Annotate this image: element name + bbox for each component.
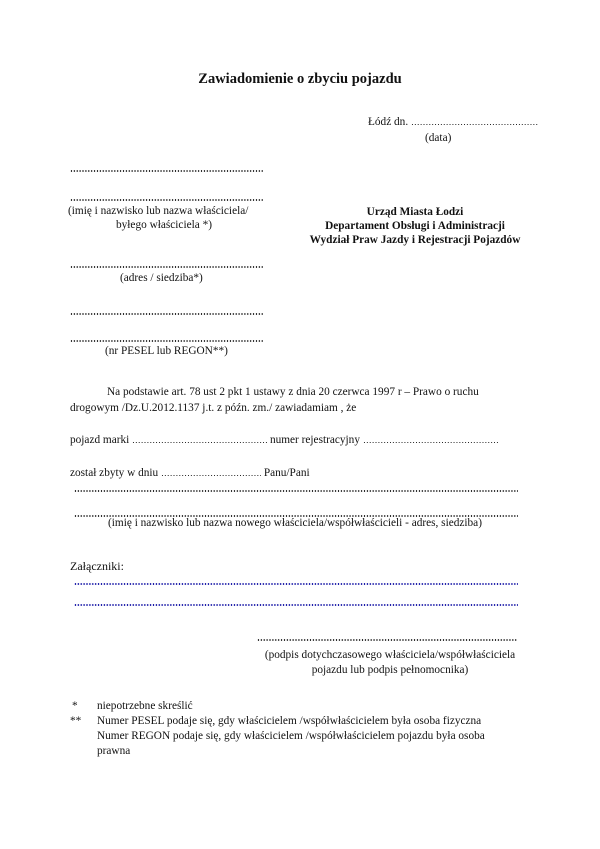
recipient-line-2: Departament Obsługi i Administracji <box>290 220 540 233</box>
owner-id-caption: (nr PESEL lub REGON**) <box>105 345 228 358</box>
new-owner-line-1[interactable] <box>74 490 518 492</box>
recipient-line-1: Urząd Miasta Łodzi <box>290 206 540 219</box>
place-date-prefix: Łódź dn. <box>368 116 408 128</box>
vehicle-make-label: pojazd marki <box>70 434 129 446</box>
vehicle-row: pojazd marki numer rejestracyjny <box>70 434 499 447</box>
sold-date-input-line[interactable] <box>161 475 261 476</box>
owner-id-line-2[interactable] <box>70 340 263 342</box>
footnote-2-line-2: Numer REGON podaje się, gdy właścicielem… <box>97 730 485 743</box>
sold-row: został zbyty w dniu Panu/Pani <box>70 467 310 480</box>
registration-input-line[interactable] <box>363 442 499 443</box>
footnote-2-mark: ** <box>70 715 81 728</box>
owner-name-caption-1: (imię i nazwisko lub nazwa właściciela/ <box>68 205 248 218</box>
buyer-label: Panu/Pani <box>264 467 310 479</box>
body-paragraph-line-2: drogowym /Dz.U.2012.1137 j.t. z późn. zm… <box>70 402 356 415</box>
registration-label: numer rejestracyjny <box>270 434 360 446</box>
owner-address-line[interactable] <box>70 266 263 268</box>
footnote-2-line-1: Numer PESEL podaje się, gdy właścicielem… <box>97 715 481 728</box>
document-title: Zawiadomienie o zbyciu pojazdu <box>0 71 600 88</box>
footnote-2-line-3: prawna <box>97 745 130 758</box>
signature-line[interactable] <box>257 639 517 641</box>
owner-address-caption: (adres / siedziba*) <box>120 272 203 285</box>
footnote-1-text: niepotrzebne skreślić <box>97 700 193 713</box>
vehicle-make-input-line[interactable] <box>132 442 267 443</box>
date-caption: (data) <box>425 132 451 145</box>
attachment-line-2[interactable] <box>74 604 518 606</box>
footnote-1-mark: * <box>72 700 78 713</box>
date-input-line[interactable] <box>411 124 538 125</box>
sold-on-label: został zbyty w dniu <box>70 467 158 479</box>
body-paragraph-line-1: Na podstawie art. 78 ust 2 pkt 1 ustawy … <box>107 386 479 399</box>
owner-name-caption-2: byłego właściciela *) <box>116 219 212 232</box>
signature-caption-1: (podpis dotychczasowego właściciela/wspó… <box>240 649 540 662</box>
place-date-field: Łódź dn. <box>368 116 538 129</box>
new-owner-caption: (imię i nazwisko lub nazwa nowego właści… <box>70 517 520 530</box>
recipient-line-3: Wydział Praw Jazdy i Rejestracji Pojazdó… <box>290 234 540 247</box>
owner-line-2[interactable] <box>70 199 263 201</box>
owner-line-1[interactable] <box>70 170 263 172</box>
attachments-label: Załączniki: <box>70 560 124 574</box>
owner-id-line-1[interactable] <box>70 313 263 315</box>
signature-caption-2: pojazdu lub podpis pełnomocnika) <box>240 664 540 677</box>
attachment-line-1[interactable] <box>74 583 518 585</box>
